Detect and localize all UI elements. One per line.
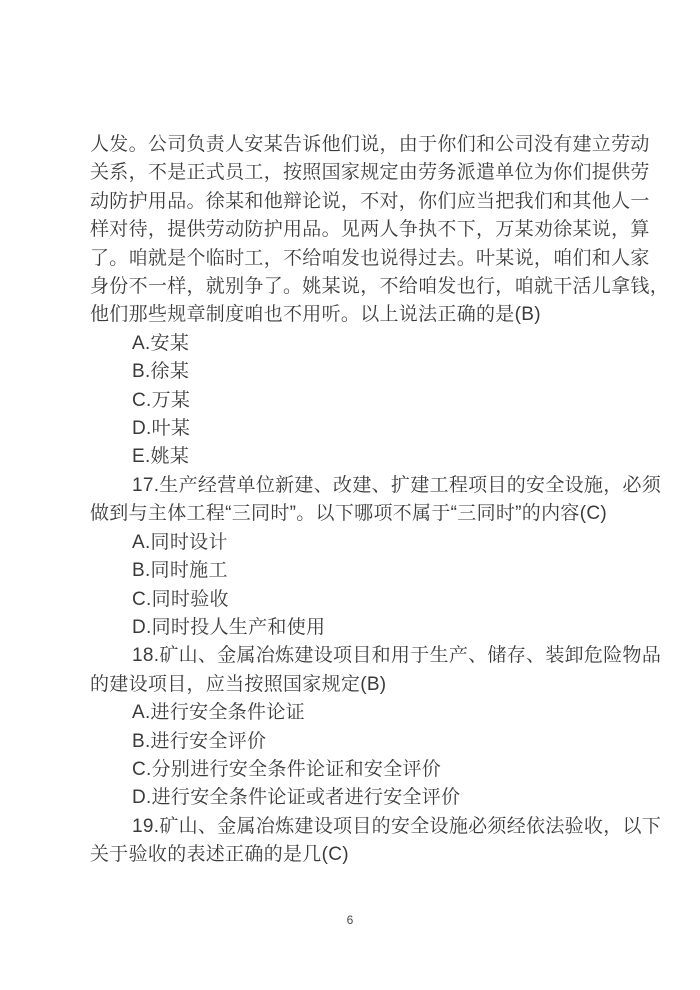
q16-stem-continuation: 身份不一样，就别争了。姚某说，不给咱发也行，咱就干活儿拿钱， <box>90 273 620 301</box>
q17-option-a: A.同时设计 <box>90 529 620 557</box>
page-number: 6 <box>0 912 700 928</box>
q18-option-c: C.分别进行安全条件论证和安全评价 <box>90 756 620 784</box>
q17-option-b: B.同时施工 <box>90 557 620 585</box>
q18-option-b: B.进行安全评价 <box>90 728 620 756</box>
document-page: 人发。公司负责人安某告诉他们说，由于你们和公司没有建立劳动关系，不是正式员工，按… <box>0 0 700 990</box>
q16-stem-continuation: 关系，不是正式员工，按照国家规定由劳务派遣单位为你们提供劳 <box>90 159 620 187</box>
q16-stem-continuation: 了。咱就是个临时工，不给咱发也说得过去。叶某说，咱们和人家 <box>90 245 620 273</box>
q16-option-a: A.安某 <box>90 330 620 358</box>
q18-option-d: D.进行安全条件论证或者进行安全评价 <box>90 784 620 812</box>
q16-stem-continuation: 他们那些规章制度咱也不用听。以上说法正确的是(B) <box>90 301 620 329</box>
q17-stem: 做到与主体工程“三同时”。以下哪项不属于“三同时”的内容(C) <box>90 500 620 528</box>
q16-stem-continuation: 样对待，提供劳动防护用品。见两人争执不下，万某劝徐某说，算 <box>90 216 620 244</box>
q18-stem: 的建设项目，应当按照国家规定(B) <box>90 671 620 699</box>
q19-stem: 关于验收的表述正确的是几(C) <box>90 841 620 869</box>
q16-stem-continuation: 动防护用品。徐某和他辩论说，不对，你们应当把我们和其他人一 <box>90 188 620 216</box>
q16-stem-continuation: 人发。公司负责人安某告诉他们说，由于你们和公司没有建立劳动 <box>90 131 620 159</box>
q16-option-b: B.徐某 <box>90 358 620 386</box>
q17-stem: 17.生产经营单位新建、改建、扩建工程项目的安全设施，必须 <box>90 472 620 500</box>
q16-option-c: C.万某 <box>90 387 620 415</box>
q17-option-d: D.同时投人生产和使用 <box>90 614 620 642</box>
q19-stem: 19.矿山、金属冶炼建设项目的安全设施必须经依法验收，以下 <box>90 813 620 841</box>
exam-question-text: 人发。公司负责人安某告诉他们说，由于你们和公司没有建立劳动关系，不是正式员工，按… <box>90 131 620 870</box>
q18-stem: 18.矿山、金属冶炼建设项目和用于生产、储存、装卸危险物品 <box>90 642 620 670</box>
q18-option-a: A.进行安全条件论证 <box>90 699 620 727</box>
q16-option-d: D.叶某 <box>90 415 620 443</box>
q16-option-e: E.姚某 <box>90 443 620 471</box>
q17-option-c: C.同时验收 <box>90 586 620 614</box>
